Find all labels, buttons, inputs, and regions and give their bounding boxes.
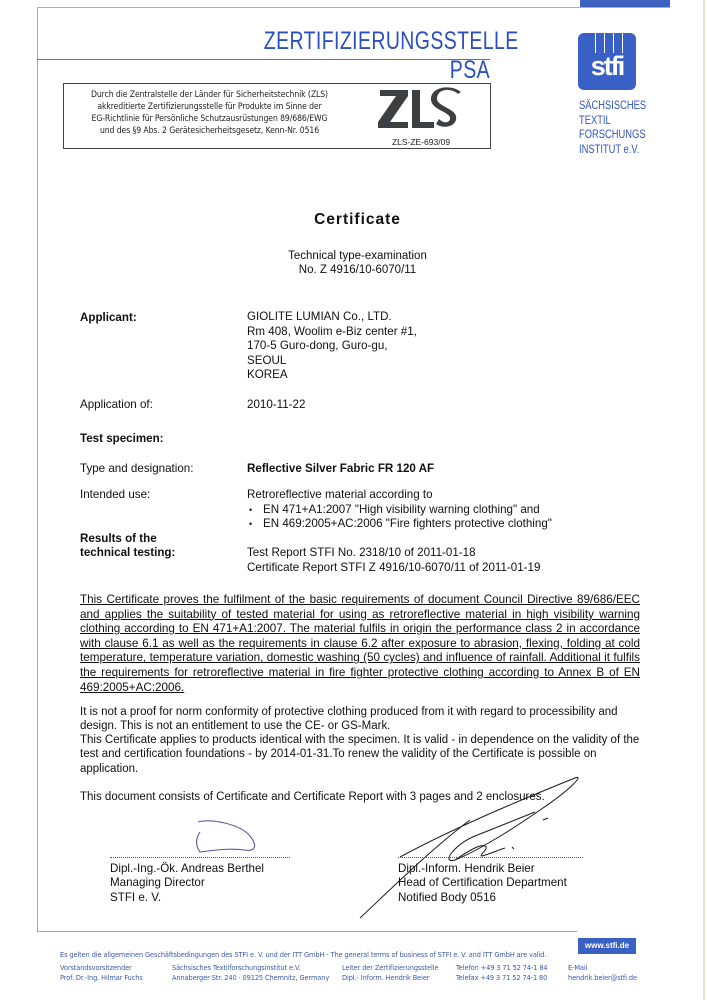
- zls-logo-icon: [378, 86, 464, 130]
- certificate-statement: This Certificate proves the fulfilment o…: [80, 593, 640, 695]
- footer-chairman: Vorstandsvorsitzender Prof. Dr.-Ing. Hil…: [60, 963, 143, 983]
- results-value: Test Report STFI No. 2318/10 of 2011-01-…: [247, 546, 540, 575]
- signature-icon: [0, 760, 707, 950]
- accreditation-line: akkreditierte Zertifizierungsstelle für …: [72, 101, 347, 113]
- footer-text: Prof. Dr.-Ing. Hilmar Fuchs: [60, 973, 143, 983]
- accreditation-line: Durch die Zentralstelle der Länder für S…: [72, 89, 347, 101]
- applicant-address: GIOLITE LUMIAN Co., LTD. Rm 408, Woolim …: [247, 310, 417, 383]
- signatory-left: Dipl.-Ing.-Ök. Andreas Berthel Managing …: [110, 862, 264, 905]
- stfi-name-line: SÄCHSISCHES: [579, 98, 646, 113]
- frame-top-rule: [37, 7, 670, 8]
- stfi-name-line: TEXTIL: [579, 113, 646, 128]
- footer-terms: Es gelten die allgemeinen Geschäftsbedin…: [60, 951, 546, 959]
- intended-use-intro: Retroreflective material according to: [247, 488, 552, 503]
- composition-paragraph: This document consists of Certificate an…: [80, 790, 640, 804]
- frame-bottom-rule: [37, 931, 577, 932]
- stfi-name-line: INSTITUT e.V.: [579, 142, 646, 157]
- footer-phone: Telefon +49 3 71 52 74-1 84 Telefax +49 …: [456, 963, 548, 983]
- application-label: Application of:: [80, 398, 153, 412]
- signatory-role: Head of Certification Department: [398, 876, 567, 890]
- stfi-institute-name: SÄCHSISCHES TEXTIL FORSCHUNGS INSTITUT e…: [579, 98, 646, 156]
- footer-text: Leiter der Zertifizierungsstelle: [342, 963, 438, 973]
- type-value: Reflective Silver Fabric FR 120 AF: [247, 462, 434, 477]
- footer-text: Sächsisches Textilforschungsinstitut e.V…: [172, 963, 329, 973]
- signatory-org: STFI e. V.: [110, 891, 264, 905]
- header-title: ZERTIFIZIERUNGSSTELLE PSA: [264, 27, 490, 85]
- applicant-line: GIOLITE LUMIAN Co., LTD.: [247, 310, 417, 325]
- test-report-line: Test Report STFI No. 2318/10 of 2011-01-…: [247, 546, 540, 561]
- website-link[interactable]: www.stfi.de: [578, 938, 636, 954]
- page-edge: [703, 0, 705, 1000]
- footer-text: Vorstandsvorsitzender: [60, 963, 143, 973]
- applicant-line: 170-5 Guro-dong, Guro-gu,: [247, 339, 417, 354]
- intended-use-item: EN 469:2005+AC:2006 "Fire fighters prote…: [247, 517, 552, 532]
- email-link[interactable]: hendrik.beier@stfi.de: [568, 973, 637, 983]
- footer-institute-address: Sächsisches Textilforschungsinstitut e.V…: [172, 963, 329, 983]
- stfi-logo-text: stfi: [578, 51, 636, 82]
- certificate-number: No. Z 4916/10-6070/11: [4, 263, 707, 277]
- applicant-line: Rm 408, Woolim e-Biz center #1,: [247, 325, 417, 340]
- intended-use-item: EN 471+A1:2007 "High visibility warning …: [247, 503, 552, 518]
- frame-left-rule: [37, 7, 38, 931]
- zls-code: ZLS-ZE-693/09: [378, 137, 464, 147]
- footer-text: Telefax +49 3 71 52 74-1 80: [456, 973, 548, 983]
- intended-use-list: EN 471+A1:2007 "High visibility warning …: [247, 503, 552, 532]
- type-label: Type and designation:: [80, 462, 193, 476]
- signatory-name: Dipl.-Inform. Hendrik Beier: [398, 862, 567, 876]
- signature-line-right: [398, 857, 583, 858]
- signatory-org: Notified Body 0516: [398, 891, 567, 905]
- intended-use-value: Retroreflective material according to EN…: [247, 488, 552, 532]
- test-specimen-label: Test specimen:: [80, 432, 164, 446]
- certificate-subtitle: Technical type-examination No. Z 4916/10…: [0, 249, 707, 277]
- stfi-name-line: FORSCHUNGS: [579, 127, 646, 142]
- footer-email: E-Mail hendrik.beier@stfi.de: [568, 963, 637, 983]
- accreditation-line: EG-Richtlinie für Persönliche Schutzausr…: [72, 113, 347, 125]
- applicant-label: Applicant:: [80, 311, 137, 325]
- footer-text: Telefon +49 3 71 52 74-1 84: [456, 963, 548, 973]
- accreditation-text: Durch die Zentralstelle der Länder für S…: [72, 89, 347, 137]
- footer-text: Dipl.- Inform. Hendrik Beier: [342, 973, 438, 983]
- signature-line-left: [110, 857, 290, 858]
- intended-use-label: Intended use:: [80, 488, 150, 502]
- footer-cert-head: Leiter der Zertifizierungsstelle Dipl.- …: [342, 963, 438, 983]
- results-label: Results of the technical testing:: [80, 532, 175, 560]
- certificate-report-line: Certificate Report STFI Z 4916/10-6070/1…: [247, 561, 540, 576]
- accreditation-line: und des §9 Abs. 2 Gerätesicherheitsgeset…: [72, 125, 347, 137]
- signatory-right: Dipl.-Inform. Hendrik Beier Head of Cert…: [398, 862, 567, 905]
- validity-paragraph: This Certificate applies to products ide…: [80, 733, 640, 776]
- certificate-title: Certificate: [0, 211, 707, 229]
- results-label-line: Results of the: [80, 532, 175, 546]
- applicant-line: KOREA: [247, 368, 417, 383]
- examination-type: Technical type-examination: [4, 249, 707, 263]
- stfi-logo-icon: stfi: [578, 33, 636, 90]
- application-date: 2010-11-22: [247, 398, 305, 413]
- disclaimer-paragraph: It is not a proof for norm conformity of…: [80, 705, 640, 734]
- footer-text: E-Mail: [568, 963, 637, 973]
- footer-text: Annaberger Str. 240 · 09125 Chemnitz, Ge…: [172, 973, 329, 983]
- signatory-role: Managing Director: [110, 876, 264, 890]
- applicant-line: SEOUL: [247, 354, 417, 369]
- results-label-line: technical testing:: [80, 546, 175, 560]
- signatory-name: Dipl.-Ing.-Ök. Andreas Berthel: [110, 862, 264, 876]
